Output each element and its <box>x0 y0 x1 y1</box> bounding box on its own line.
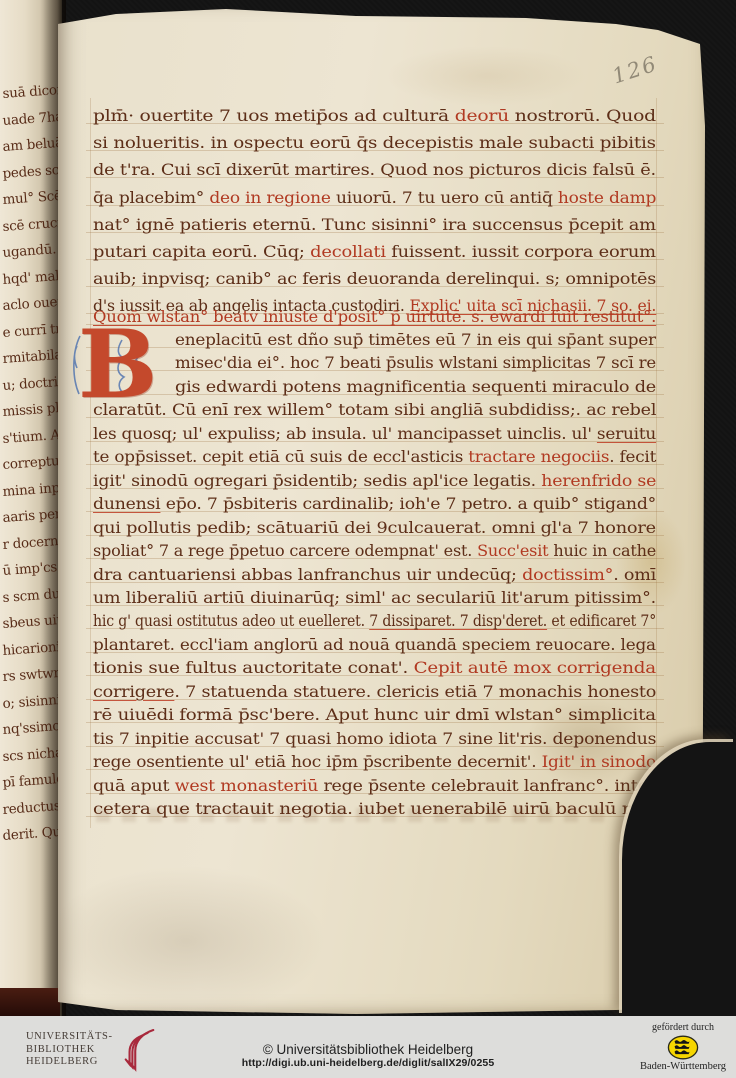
body-text: nat° ignē patieris eternū. Tunc sisinni°… <box>93 215 656 234</box>
body-text: huic in cathe <box>548 541 656 560</box>
body-text: spoliat° 7 a rege p̄petuo carcere odempn… <box>93 541 477 560</box>
text-line: dra cantuariensi abbas lanfranchus uir u… <box>93 565 656 585</box>
text-line: tionis sue fultus auctoritate conat'. Ce… <box>93 658 656 678</box>
body-text: nostrorū. Quod <box>509 106 656 125</box>
body-text: putari capita eorū. Cūq; <box>93 242 310 261</box>
text-line: si nolueritis. in ospectu eorū q̄s decep… <box>93 133 656 153</box>
rubric-text: herenfrido se <box>541 471 656 490</box>
source-url: http://digi.ub.uni-heidelberg.de/diglit/… <box>0 1057 736 1069</box>
rubric-text: decollati <box>310 242 386 261</box>
rubric-text: tractare negociis <box>468 447 609 466</box>
rubric-text: Igit' in sinodo <box>542 752 656 771</box>
body-text: plm̄· ouertite 7 uos metip̄os ad culturā <box>93 106 455 125</box>
text-line: les quosq; ul' expuliss; ab insula. ul' … <box>93 424 656 444</box>
body-text: te opp̄sisset. cepit etiā cū suis de ecc… <box>93 447 468 466</box>
body-text: ep̄o. 7 p̄sbiteris cardinalib; ioh'e 7 p… <box>160 494 656 513</box>
body-text: les quosq; ul' expuliss; ab insula. ul' … <box>93 424 597 443</box>
body-text: seruitu <box>597 424 656 443</box>
text-line: quā aput west monasteriū rege p̄sente ce… <box>93 776 656 796</box>
rubric-text: Succ'esit <box>477 541 548 560</box>
text-line: misec'dia ei°. hoc 7 beati p̄sulis wlsta… <box>175 353 656 373</box>
text-line: q̄a placebim° deo in regione uiuorū. 7 t… <box>93 188 656 208</box>
body-text: tionis sue fultus auctoritate conat'. <box>93 658 414 677</box>
body-text: fuissent. iussit corpora eorum <box>386 242 656 261</box>
text-line: te opp̄sisset. cepit etiā cū suis de ecc… <box>93 447 656 467</box>
body-text: et edificaret 7° <box>547 611 656 630</box>
footer-bar: UNIVERSITÄTS- BIBLIOTHEK HEIDELBERG © Un… <box>0 1016 736 1078</box>
body-text: misec'dia ei°. hoc 7 beati p̄sulis wlsta… <box>175 353 656 372</box>
rubric-text: west monasteriū <box>175 776 318 795</box>
text-line: qui pollutis pedib; scātuariū dei 9culca… <box>93 518 656 538</box>
rubric-text: deo in regione <box>209 188 330 207</box>
body-text: de t'ra. Cui scī dixerūt martires. Quod … <box>93 160 656 179</box>
funding-block: gefördert durch Baden-Württemberg <box>630 1022 736 1072</box>
text-line: eneplacitū est dño sup̄ timētes eū 7 in … <box>175 330 656 350</box>
body-text: hic g' quasi ostitutus adeo ut euelleret… <box>93 611 369 630</box>
body-text: claratūt. Cū enī rex willem° totam sibi … <box>93 400 656 419</box>
body-text: dra cantuariensi abbas lanfranchus uir u… <box>93 565 522 584</box>
body-text: corrigere <box>93 682 174 701</box>
rubric-text: Cepit autē mox corrigenda <box>414 658 656 677</box>
manuscript-photo: suā dicoñ· jnuouade 7ha stilaam beluā ad… <box>0 0 736 1078</box>
body-text: 7 dissiparet. 7 disp'deret. <box>369 611 547 630</box>
text-line: claratūt. Cū enī rex willem° totam sibi … <box>93 400 656 420</box>
manuscript-page: 126 plm̄· ouertite 7 uos metip̄os ad cul… <box>56 6 708 1016</box>
text-line: nat° ignē patieris eternū. Tunc sisinni°… <box>93 215 656 235</box>
body-text: . omī <box>613 565 656 584</box>
body-text: quā aput <box>93 776 175 795</box>
body-text: rege p̄sente celebrauit lanfranc°. inter <box>318 776 656 795</box>
rubric-text: hoste damp <box>558 188 656 207</box>
text-line: tis 7 inpitie accusat' 7 quasi homo idio… <box>93 729 656 749</box>
body-text: eneplacitū est dño sup̄ timētes eū 7 in … <box>175 330 656 349</box>
funder-name: Baden-Württemberg <box>630 1061 736 1072</box>
body-text: qui pollutis pedib; scātuariū dei 9culca… <box>93 518 656 537</box>
body-text: q̄a placebim° <box>93 188 209 207</box>
text-line: auib; inpvisq; canib° ac feris deuoranda… <box>93 269 656 289</box>
text-line: gis edwardi potens magnificentia sequent… <box>175 377 656 397</box>
body-text: dunensi <box>93 494 160 513</box>
decorated-initial: B <box>78 320 157 410</box>
body-text: rē uiuēdi formā p̄sc'bere. Aput hunc uir… <box>93 705 656 724</box>
text-line: um liberaliū artiū diuinarūq; siml' ac s… <box>93 588 656 608</box>
body-text: . fecit <box>609 447 656 466</box>
body-text: si nolueritis. in ospectu eorū q̄s decep… <box>93 133 656 152</box>
text-line: rē uiuēdi formā p̄sc'bere. Aput hunc uir… <box>93 705 656 725</box>
parchment-stain <box>386 46 586 106</box>
text-line: de t'ra. Cui scī dixerūt martires. Quod … <box>93 160 656 180</box>
body-text: tis 7 inpitie accusat' 7 quasi homo idio… <box>93 729 656 748</box>
text-line: plm̄· ouertite 7 uos metip̄os ad culturā… <box>93 106 656 126</box>
text-line: Quom̄ wlstan° beatv iniuste d'posit° p̄ … <box>93 307 656 327</box>
text-line: rege osentiente ul' etiā hoc ip̄m p̄scri… <box>93 752 656 772</box>
parchment-stain <box>46 866 326 1016</box>
text-line: hic g' quasi ostitutus adeo ut euelleret… <box>93 611 656 631</box>
folio-number: 126 <box>609 51 660 88</box>
body-text: plantaret. eccl'iam anglorū ad nouā quan… <box>93 635 656 654</box>
credit-block: © Universitätsbibliothek Heidelberg http… <box>0 1042 736 1069</box>
funding-label: gefördert durch <box>630 1022 736 1033</box>
body-text: uiuorū. 7 tu uero cū antiq̄ <box>331 188 558 207</box>
copyright-line: © Universitätsbibliothek Heidelberg <box>0 1042 736 1057</box>
text-line: dunensi ep̄o. 7 p̄sbiteris cardinalib; i… <box>93 494 656 514</box>
rubric-text: doctissim° <box>522 565 613 584</box>
text-line: spoliat° 7 a rege p̄petuo carcere odempn… <box>93 541 656 561</box>
text-line: igit' sinodū ogregari p̄sidentib; sedis … <box>93 471 656 491</box>
text-line: plantaret. eccl'iam anglorū ad nouā quan… <box>93 635 656 655</box>
rubric-text: Quom̄ wlstan° beatv iniuste d'posit° p̄ … <box>93 307 656 326</box>
body-text: cetera que tractauit negotia. iubet uene… <box>93 799 656 818</box>
text-line: cetera que tractauit negotia. iubet uene… <box>93 799 656 819</box>
binding-edge <box>0 988 60 1016</box>
body-text: auib; inpvisq; canib° ac feris deuoranda… <box>93 269 656 288</box>
body-text: . 7 statuenda statuere. clericis etiā 7 … <box>174 682 656 701</box>
coat-of-arms-icon <box>667 1035 699 1060</box>
text-line: corrigere. 7 statuenda statuere. clerici… <box>93 682 656 702</box>
text-line: putari capita eorū. Cūq; decollati fuiss… <box>93 242 656 262</box>
body-text: um liberaliū artiū diuinarūq; siml' ac s… <box>93 588 656 607</box>
body-text: rege osentiente ul' etiā hoc ip̄m p̄scri… <box>93 752 542 771</box>
body-text: gis edwardi potens magnificentia sequent… <box>175 377 656 396</box>
body-text: igit' sinodū ogregari p̄sidentib; sedis … <box>93 471 541 490</box>
ruling-line-vertical <box>90 98 91 828</box>
rubric-text: deorū <box>455 106 509 125</box>
